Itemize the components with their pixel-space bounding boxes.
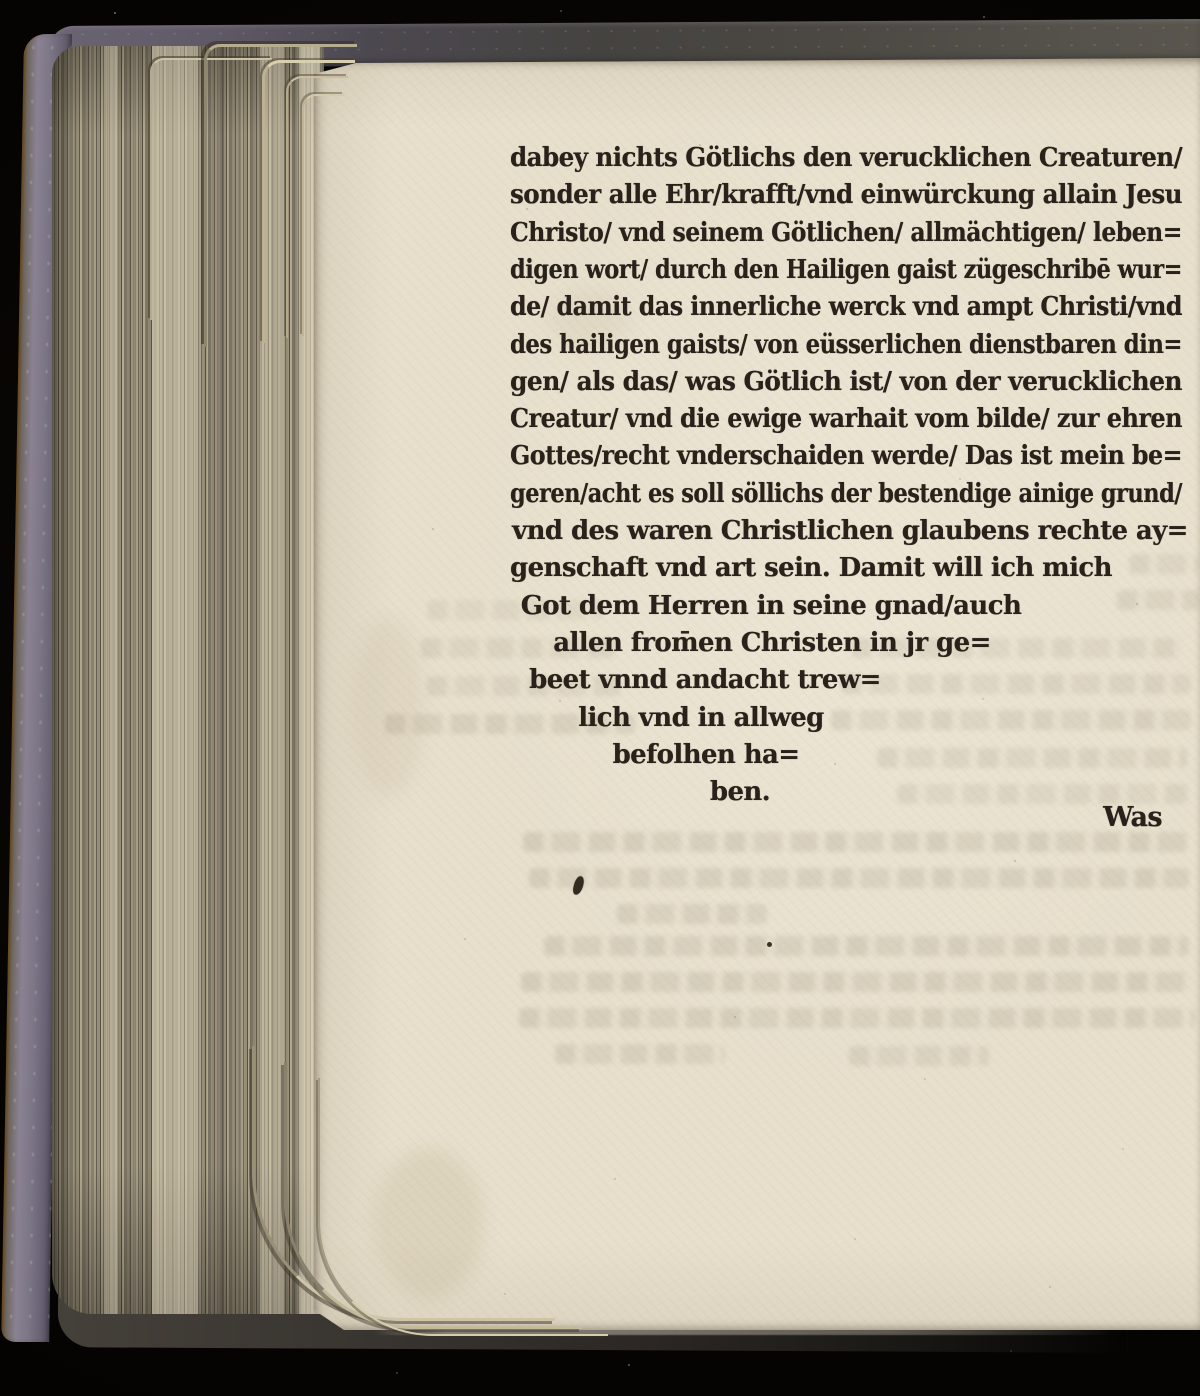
printed-text-block: Was dabey nichts Götlichs den verucklich… — [510, 140, 1182, 920]
text-line: allen from̄en Christen in jr ge= — [553, 625, 991, 662]
text-line: gen/ als das/ was Götlich ist/ von der v… — [510, 364, 1182, 401]
text-line: Gottes/recht vnderschaiden werde/ Das is… — [510, 438, 1182, 475]
text-line: des hailigen gaists/ von eüsserlichen di… — [510, 327, 1182, 364]
ink-dot — [767, 942, 772, 947]
foxing-stain — [354, 618, 424, 798]
text-line: de/ damit das innerliche werck vnd ampt … — [510, 289, 1182, 326]
text-line: Christo/ vnd seinem Götlichen/ allmächti… — [510, 215, 1182, 252]
text-line: beet vnnd andacht trew= — [529, 662, 881, 699]
show-through-line — [849, 1046, 989, 1066]
text-line: vnd des waren Christlichen glaubens rech… — [512, 513, 1188, 550]
catchword: Was — [1103, 802, 1162, 833]
show-through-line — [555, 1044, 725, 1064]
text-line: digen wort/ durch den Hailigen gaist züg… — [510, 252, 1182, 289]
dust-specks — [114, 12, 116, 14]
text-line: Creatur/ vnd die ewige warhait vom bilde… — [510, 401, 1182, 438]
show-through-line — [521, 972, 1193, 992]
text-line: sonder alle Ehr/krafft/vnd einwürckung a… — [510, 177, 1182, 214]
text-line: Got dem Herren in seine gnad/auch — [521, 588, 1022, 625]
text-line: ben. — [710, 774, 770, 811]
text-line: geren/acht es soll söllichs der bestendi… — [510, 476, 1182, 513]
page-corner-step — [318, 1078, 608, 1336]
show-through-line — [544, 936, 1189, 956]
photograph-background: Was dabey nichts Götlichs den verucklich… — [0, 0, 1200, 1396]
show-through-line — [519, 1008, 1195, 1028]
text-line: lich vnd in allweg — [578, 700, 824, 737]
text-line: befolhen ha= — [613, 737, 800, 774]
text-line: genschaft vnd art sein. Damit will ich m… — [510, 550, 1112, 587]
page-corner-step — [302, 94, 344, 336]
text-line: dabey nichts Götlichs den verucklichen C… — [510, 140, 1182, 177]
